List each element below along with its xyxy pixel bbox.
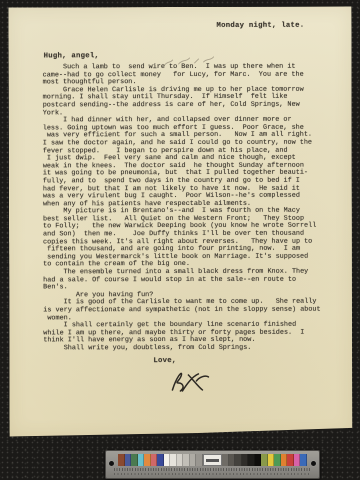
strip-microtext (114, 468, 311, 471)
letter-line: postcard sending--the address is care of… (43, 102, 343, 110)
letter-line: is very affectionate and sympathetic (no… (43, 307, 343, 315)
salutation: Hugh, angel, (44, 52, 100, 60)
signature-mark (165, 362, 211, 400)
scan-background: { "letter": { "date_line": "Monday night… (0, 0, 360, 480)
strip-microtext (114, 473, 311, 475)
punch-hole-icon (311, 461, 316, 466)
color-patch (196, 454, 203, 466)
punch-hole-icon (109, 461, 114, 466)
color-patch (300, 454, 307, 466)
letter-body: Such a lamb to send wire to Ben. I was u… (43, 64, 344, 353)
strip-label (203, 454, 222, 466)
letter-line: Shall write you, doubtless, from Cold Sp… (43, 345, 343, 353)
patches-left (118, 454, 203, 466)
color-calibration-strip (105, 450, 320, 479)
patch-row (118, 454, 307, 466)
date-line: Monday night, late. (216, 22, 304, 30)
letter-paper: Monday night, late. Hugh, angel, Such a … (8, 7, 352, 437)
patches-right (222, 454, 307, 466)
